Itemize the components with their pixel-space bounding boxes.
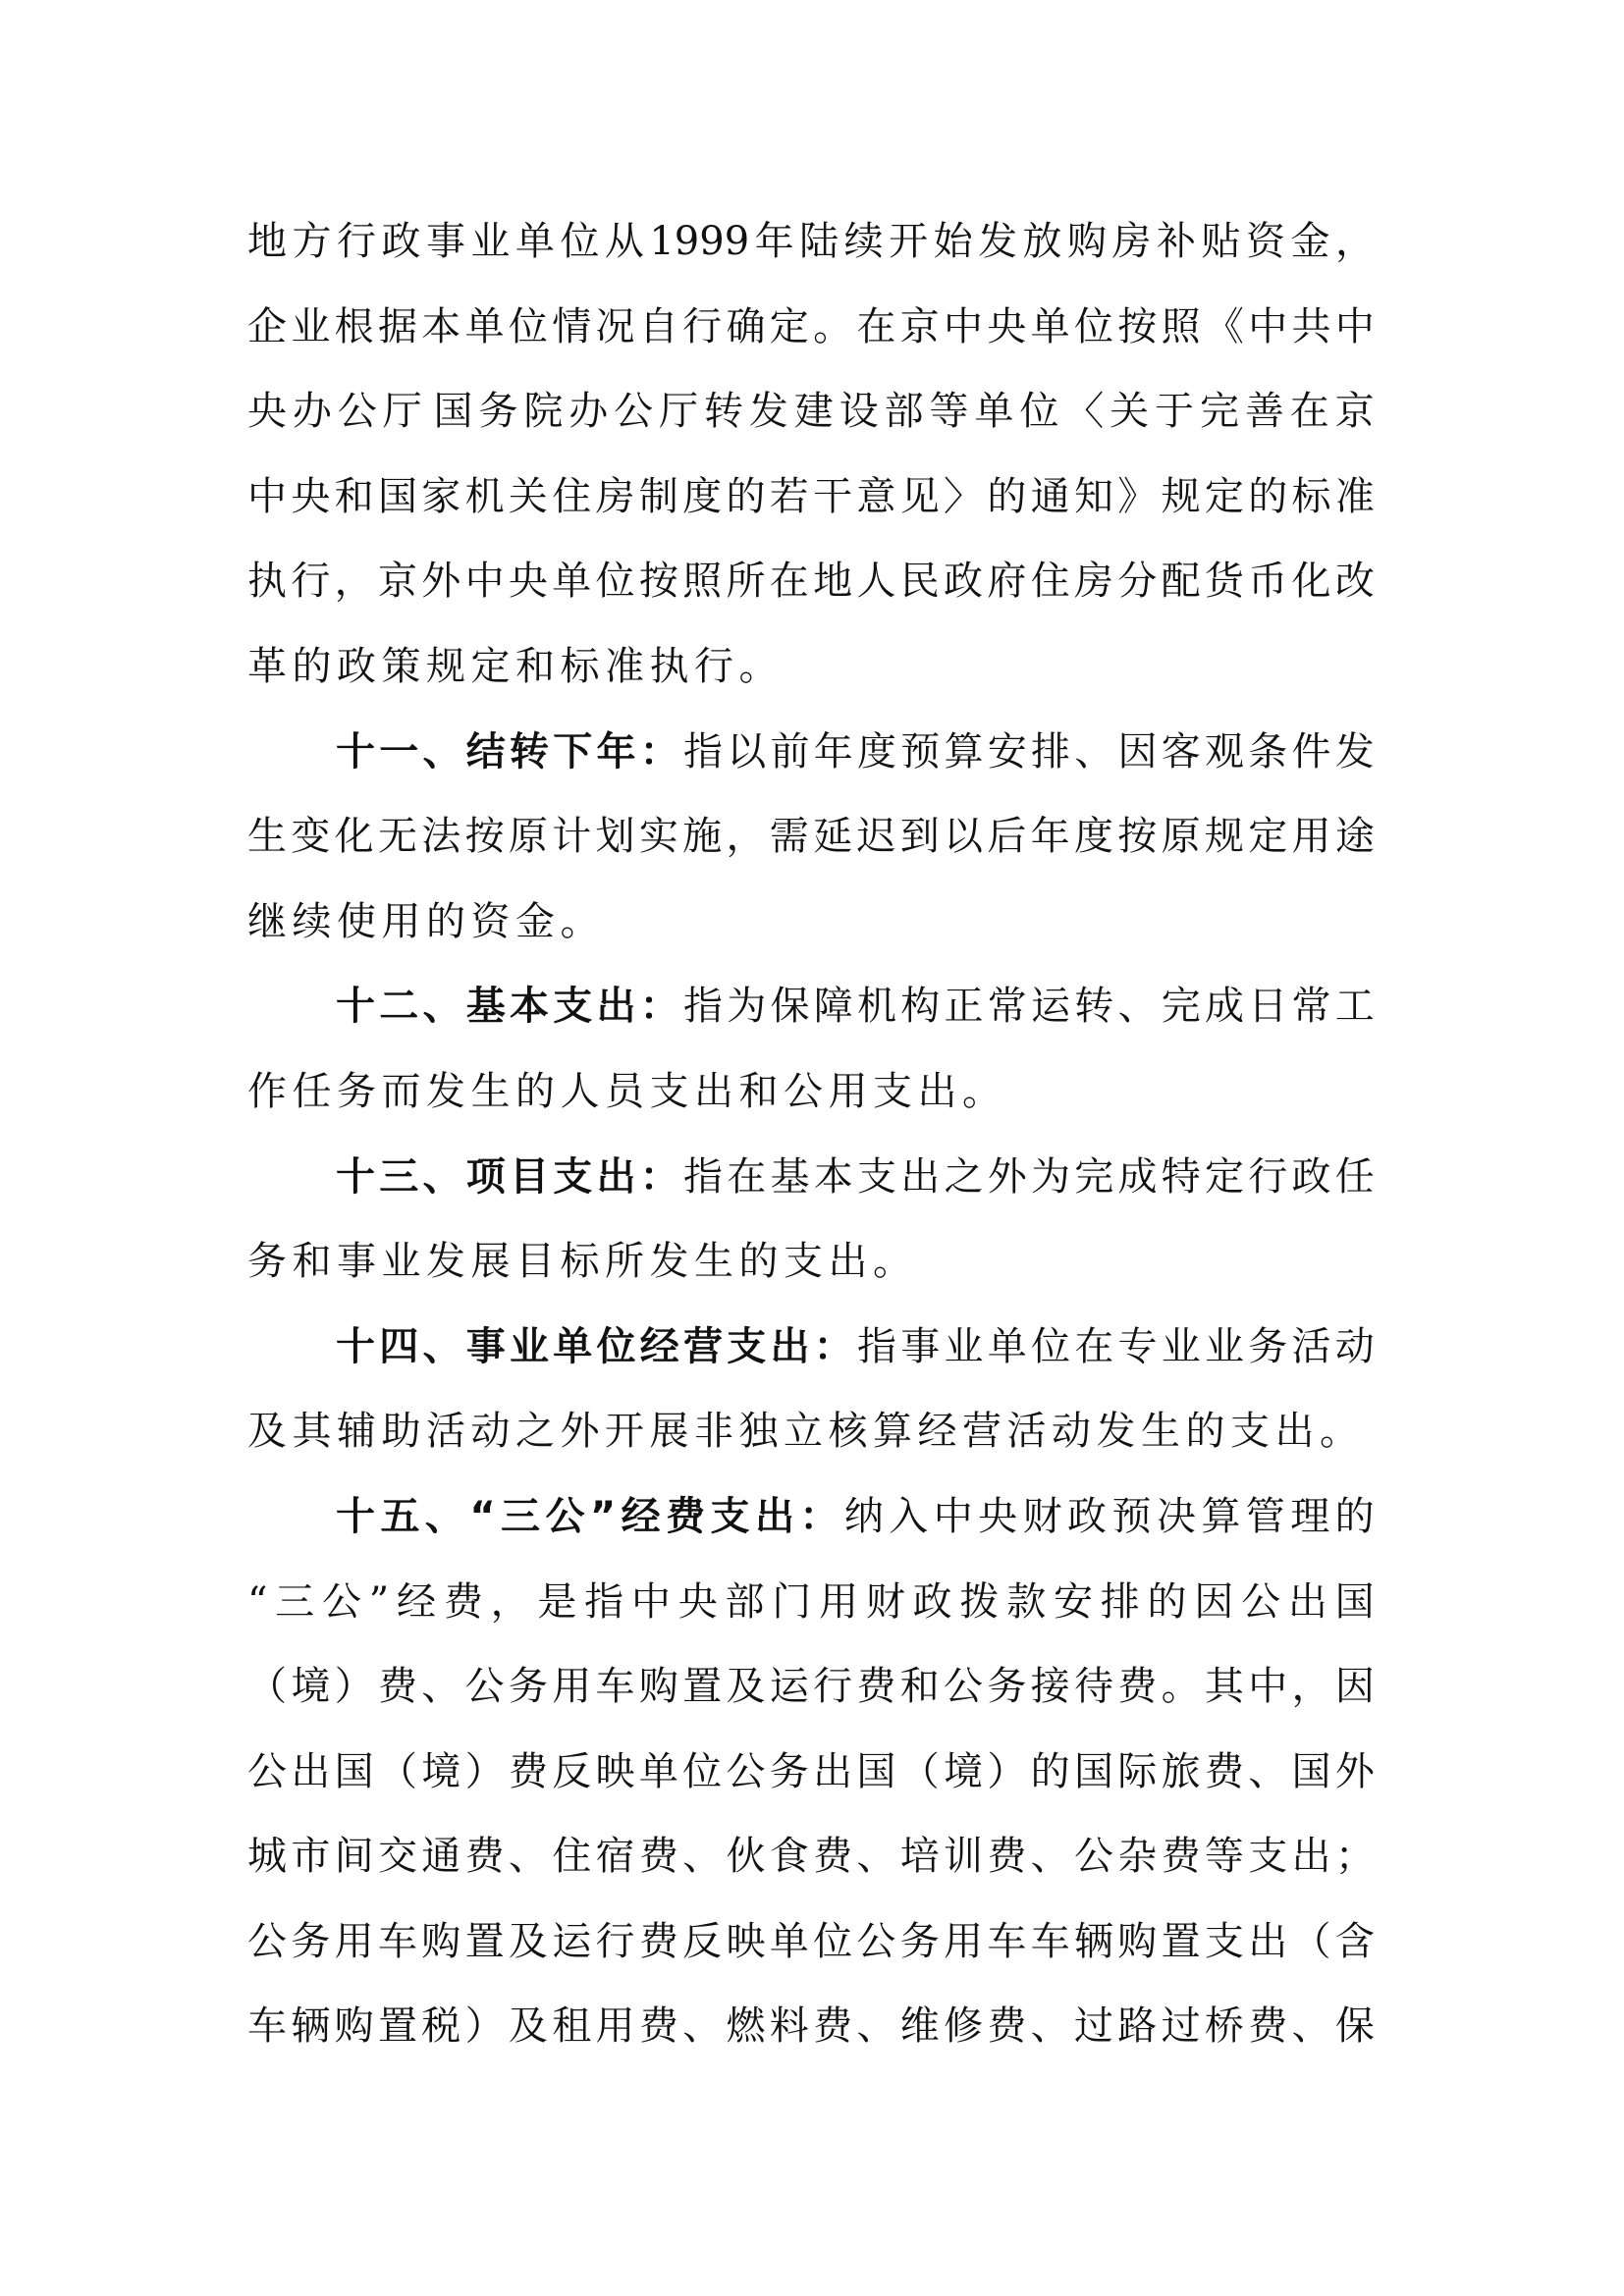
text-line: 革的政策规定和标准执行。 — [247, 644, 1375, 729]
body-char: 发 — [749, 389, 788, 474]
body-char: ） — [465, 1749, 505, 1835]
body-char: 出 — [829, 1239, 868, 1324]
body-char: 费 — [856, 1664, 895, 1749]
body-char: 变 — [291, 814, 330, 899]
body-char: 理 — [1290, 1494, 1329, 1579]
body-char: 运 — [552, 1919, 591, 2004]
body-char: 维 — [900, 2003, 940, 2089]
body-char: 用 — [382, 899, 421, 985]
body-char: 公 — [465, 1664, 505, 1749]
body-char: 置 — [1162, 1919, 1201, 2004]
body-char: 定 — [471, 644, 511, 729]
text-line: 十四、事业单位经营支出：指事业单位在专业业务活动 — [247, 1324, 1375, 1410]
body-char: 因 — [1335, 1664, 1375, 1749]
body-char: 费 — [1162, 1834, 1201, 1919]
body-char: 和 — [515, 644, 555, 729]
body-char: 方 — [292, 219, 331, 304]
body-char: 购 — [639, 1664, 678, 1749]
body-char: 杂 — [1117, 1834, 1157, 1919]
term-heading-char: 、 — [423, 1154, 462, 1240]
body-char: 政 — [381, 219, 420, 304]
body-char: 金 — [1290, 219, 1329, 304]
body-char: 房 — [1112, 219, 1152, 304]
body-char: 业 — [382, 1239, 421, 1324]
body-char: 单 — [974, 389, 1013, 474]
body-char: 规 — [1162, 474, 1201, 560]
body-char: 住 — [1031, 559, 1070, 644]
body-char: 支 — [857, 1154, 896, 1240]
body-char: 费 — [639, 1919, 678, 2004]
body-char: 境 — [291, 1664, 330, 1749]
paragraph-carryover: 十一、结转下年：指以前年度预算安排、因客观条件发生变化无法按原计划实施，需延迟到… — [247, 729, 1375, 985]
body-char: 位 — [1074, 304, 1113, 390]
body-char: 、 — [509, 1834, 548, 1919]
body-char: 和 — [739, 1069, 779, 1154]
body-char: 用 — [819, 1579, 858, 1665]
body-char: 置 — [378, 2003, 417, 2089]
body-char: 央 — [247, 389, 287, 474]
term-heading-char: 年 — [597, 729, 636, 815]
term-heading-char: 结 — [466, 729, 506, 815]
body-char: 国 — [1074, 1749, 1113, 1835]
body-char: 府 — [987, 559, 1026, 644]
term-heading-char: 一 — [379, 729, 418, 815]
body-char: 务 — [509, 1664, 548, 1749]
body-char: 辆 — [1074, 1919, 1113, 2004]
body-char: 央 — [978, 1494, 1017, 1579]
body-char: 城 — [247, 1834, 287, 1919]
term-heading-char: “ — [469, 1494, 495, 1579]
term-heading-char: 支 — [553, 984, 592, 1069]
body-char: 继 — [247, 899, 287, 985]
body-char: 的 — [426, 899, 465, 985]
body-char: 央 — [987, 304, 1026, 390]
text-line: 地方行政事业单位从1999年陆续开始发放购房补贴资金， — [247, 219, 1375, 304]
body-char: 实 — [639, 814, 678, 899]
body-char: 用 — [829, 1069, 868, 1154]
body-char: 为 — [1031, 1154, 1070, 1240]
body-char: 金 — [515, 899, 555, 985]
body-char: 支 — [1205, 1919, 1244, 2004]
body-char: 后 — [987, 814, 1026, 899]
body-char: 公 — [247, 1749, 287, 1835]
term-heading-char: ： — [814, 1324, 853, 1410]
body-char: 支 — [873, 1069, 912, 1154]
body-char: 公 — [784, 1069, 823, 1154]
body-char: 。 — [739, 644, 779, 729]
body-char: 单 — [515, 219, 555, 304]
body-char: 用 — [944, 1919, 983, 2004]
body-char: 中 — [944, 304, 983, 390]
body-char: 待 — [1074, 1664, 1113, 1749]
body-char: 运 — [1031, 984, 1070, 1069]
body-char: ） — [987, 1749, 1026, 1835]
body-char: 按 — [639, 559, 678, 644]
body-char: 之 — [945, 1154, 984, 1240]
body-char: 在 — [727, 1154, 766, 1240]
body-char: 单 — [988, 1324, 1027, 1410]
body-char: 发 — [426, 1069, 465, 1154]
body-char: 。 — [873, 1239, 912, 1324]
body-char: 所 — [726, 559, 765, 644]
body-char: 费 — [1117, 1664, 1157, 1749]
body-char: 境 — [421, 1749, 460, 1835]
body-char: 单 — [639, 1749, 678, 1835]
body-char: 单 — [770, 1919, 809, 2004]
body-char: 行 — [337, 219, 376, 304]
body-char: 动 — [471, 1409, 511, 1494]
body-char: 。 — [1320, 1409, 1359, 1494]
body-char: 执 — [650, 644, 689, 729]
body-char: 拨 — [959, 1579, 999, 1665]
body-char: 业 — [291, 304, 330, 390]
body-char: 住 — [552, 1834, 591, 1919]
body-char: 算 — [945, 729, 984, 815]
body-char: 行 — [694, 644, 733, 729]
body-char: 之 — [515, 1409, 555, 1494]
body-char: 因 — [1194, 1579, 1233, 1665]
body-char: 房 — [596, 474, 635, 560]
text-line: 公出国（境）费反映单位公务出国（境）的国际旅费、国外 — [247, 1749, 1375, 1835]
body-char: 活 — [1292, 1324, 1331, 1410]
body-char: 出 — [291, 1749, 330, 1835]
body-char: 若 — [770, 474, 809, 560]
body-char: 人 — [856, 559, 895, 644]
body-char: 宿 — [596, 1834, 635, 1919]
body-char: 单 — [552, 559, 591, 644]
paragraph-operating-expenditure: 十四、事业单位经营支出：指事业单位在专业业务活动及其辅助活动之外开展非独立核算经… — [247, 1324, 1375, 1494]
text-line: 生变化无法按原计划实施，需延迟到以后年度按原规定用途 — [247, 814, 1375, 899]
body-char: 生 — [247, 814, 287, 899]
body-char: 及 — [726, 1664, 765, 1749]
body-char: 央 — [509, 559, 548, 644]
term-heading-char: 公 — [545, 1494, 584, 1579]
term-heading-char: 目 — [510, 1154, 549, 1240]
term-heading-char: 本 — [510, 984, 549, 1069]
body-char: 和 — [335, 474, 374, 560]
body-char: 因 — [1118, 729, 1158, 815]
body-char: 基 — [771, 1154, 810, 1240]
body-char: 、 — [1292, 2003, 1331, 2089]
body-char: 企 — [247, 304, 287, 390]
term-heading-char: 经 — [622, 1494, 661, 1579]
body-char: 策 — [382, 644, 421, 729]
body-char: 。 — [962, 1069, 1001, 1154]
body-char: 意 — [856, 474, 895, 560]
text-line: 城市间交通费、住宿费、伙食费、培训费、公杂费等支出； — [247, 1834, 1375, 1919]
body-char: 助 — [382, 1409, 421, 1494]
text-line: 十五、“三公”经费支出：纳入中央财政预决算管理的 — [247, 1494, 1375, 1579]
document-page: 地方行政事业单位从1999年陆续开始发放购房补贴资金，企业根据本单位情况自行确定… — [0, 0, 1624, 2296]
body-char: 接 — [1031, 1664, 1070, 1749]
term-heading-char: 出 — [771, 1324, 810, 1410]
body-char: 而 — [382, 1069, 421, 1154]
body-char: 化 — [335, 814, 374, 899]
body-char: 成 — [1205, 984, 1244, 1069]
body-char: 根 — [335, 304, 374, 390]
body-char: 及 — [509, 2003, 548, 2089]
text-line: 执行，京外中央单位按照所在地人民政府住房分配货币化改 — [247, 559, 1375, 644]
body-char: ， — [726, 814, 765, 899]
body-char: 市 — [291, 1834, 330, 1919]
body-char: 购 — [335, 2003, 374, 2089]
body-char: 境 — [944, 1749, 983, 1835]
body-char: 行 — [291, 559, 330, 644]
body-char: 立 — [784, 1409, 823, 1494]
body-char: 费 — [987, 1834, 1026, 1919]
body-char: 购 — [421, 1919, 460, 2004]
body-char: 通 — [1031, 474, 1070, 560]
body-char: 为 — [727, 984, 766, 1069]
body-char: 单 — [1031, 304, 1070, 390]
term-heading-char: 支 — [711, 1494, 750, 1579]
body-char: 件 — [1292, 729, 1331, 815]
body-char: 迟 — [856, 814, 895, 899]
body-char: 执 — [247, 559, 287, 644]
term-heading-char: 、 — [423, 1324, 462, 1410]
body-char: 按 — [1117, 304, 1157, 390]
body-char: ； — [1335, 1834, 1375, 1919]
body-char: 见 — [900, 474, 940, 560]
body-char: 指 — [584, 1579, 623, 1665]
body-char: 指 — [683, 1154, 723, 1240]
body-char: 预 — [1111, 1494, 1151, 1579]
body-char: 分 — [1117, 559, 1157, 644]
body-char: 国 — [378, 474, 417, 560]
body-char: 车 — [247, 2003, 287, 2089]
body-char: 计 — [552, 814, 591, 899]
body-char: 标 — [561, 1239, 600, 1324]
body-char: 干 — [813, 474, 852, 560]
body-char: 常 — [1292, 984, 1331, 1069]
term-heading-char: 支 — [553, 1154, 592, 1240]
term-heading-char: 支 — [727, 1324, 766, 1410]
body-char: ， — [335, 559, 374, 644]
body-char: 出 — [813, 1749, 852, 1835]
body-char: 置 — [465, 1919, 505, 2004]
body-char: 保 — [771, 984, 810, 1069]
body-char: 京 — [900, 304, 940, 390]
body-char: 院 — [523, 389, 563, 474]
body-char: 度 — [682, 474, 722, 560]
paragraph-housing-subsidy-continued: 地方行政事业单位从1999年陆续开始发放购房补贴资金，企业根据本单位情况自行确定… — [247, 219, 1375, 729]
body-char: 货 — [1205, 559, 1244, 644]
body-char: 出 — [1292, 1834, 1331, 1919]
term-heading-char: 下 — [553, 729, 592, 815]
term-heading-char: 五 — [380, 1494, 419, 1579]
text-line: 作任务而发生的人员支出和公用支出。 — [247, 1069, 1375, 1154]
body-char: 行 — [813, 1664, 852, 1749]
body-char: 化 — [1292, 559, 1331, 644]
body-char: 外 — [988, 1154, 1027, 1240]
body-char: 人 — [561, 1069, 600, 1154]
body-char: 、 — [1031, 1834, 1070, 1919]
body-char: 的 — [1031, 1749, 1070, 1835]
body-char: 日 — [1248, 984, 1287, 1069]
term-heading-char: 出 — [755, 1494, 794, 1579]
term-heading-char: ： — [640, 1154, 679, 1240]
body-char: 任 — [1335, 1154, 1375, 1240]
body-char: 〈 — [1064, 389, 1104, 474]
body-char: 辅 — [337, 1409, 376, 1494]
body-char: 》 — [1117, 474, 1157, 560]
body-char: 费 — [1248, 2003, 1287, 2089]
body-char: 、 — [682, 2003, 722, 2089]
body-char: 含 — [1335, 1919, 1375, 2004]
body-char: 外 — [421, 559, 460, 644]
body-char: 是 — [537, 1579, 576, 1665]
body-char: 务 — [478, 389, 517, 474]
body-char: 使 — [337, 899, 376, 985]
body-char: 算 — [1201, 1494, 1240, 1579]
body-char: 机 — [857, 984, 896, 1069]
body-char: 障 — [814, 984, 853, 1069]
body-char: 费 — [813, 1834, 852, 1919]
body-char: 三 — [275, 1579, 314, 1665]
body-char: 事 — [426, 219, 465, 304]
body-char: ） — [335, 1664, 374, 1749]
body-char: 映 — [726, 1919, 765, 2004]
body-char: 完 — [1074, 1154, 1113, 1240]
body-char: 及 — [247, 1409, 287, 1494]
body-char: 车 — [1031, 1919, 1070, 2004]
term-heading-char: 、 — [423, 984, 462, 1069]
body-char: 安 — [988, 729, 1027, 815]
body-char: 政 — [1067, 1494, 1107, 1579]
term-heading-char: 经 — [640, 1324, 679, 1410]
body-char: 在 — [1290, 389, 1329, 474]
body-char: 业 — [1205, 1324, 1244, 1410]
body-char: 非 — [694, 1409, 733, 1494]
body-char: 善 — [1245, 389, 1284, 474]
body-char: 年 — [814, 729, 853, 815]
term-heading-char: 十 — [336, 1154, 375, 1240]
body-char: 办 — [568, 389, 608, 474]
body-char: 任 — [293, 1069, 332, 1154]
body-char: 指 — [683, 984, 723, 1069]
body-char: 在 — [770, 559, 809, 644]
body-char: 事 — [337, 1239, 376, 1324]
term-heading-char: 十 — [336, 984, 375, 1069]
body-char: 补 — [1157, 219, 1196, 304]
body-char: 映 — [596, 1749, 635, 1835]
body-char: 位 — [596, 559, 635, 644]
body-char: 情 — [552, 304, 591, 390]
body-char: 中 — [934, 1494, 973, 1579]
body-char: 出 — [900, 1154, 940, 1240]
body-char: 国 — [434, 389, 473, 474]
body-char: 务 — [1248, 1324, 1287, 1410]
body-char: 政 — [913, 1579, 952, 1665]
body-char: 京 — [378, 559, 417, 644]
term-heading-char: 转 — [510, 729, 549, 815]
body-char: 生 — [694, 1239, 733, 1324]
body-char: 排 — [1031, 729, 1070, 815]
body-char: 资 — [471, 899, 511, 985]
body-char: 位 — [682, 1749, 722, 1835]
text-line: “三公”经费，是指中央部门用财政拨款安排的因公出国 — [247, 1579, 1375, 1665]
term-heading-char: 二 — [379, 984, 418, 1069]
body-char: 民 — [900, 559, 940, 644]
paragraph-basic-expenditure: 十二、基本支出：指为保障机构正常运转、完成日常工作任务而发生的人员支出和公用支出… — [247, 984, 1375, 1153]
term-heading-char: 、 — [425, 1494, 464, 1579]
body-char: 。 — [561, 899, 600, 985]
body-char: 客 — [1162, 729, 1201, 815]
body-char: 业 — [945, 1324, 984, 1410]
body-char: 排 — [1101, 1579, 1140, 1665]
body-char: 业 — [1162, 1324, 1201, 1410]
body-char: 的 — [1248, 474, 1287, 560]
body-char: 购 — [1117, 1919, 1157, 2004]
body-char: 辆 — [291, 2003, 330, 2089]
term-heading-char: 位 — [597, 1324, 636, 1410]
body-char: 的 — [515, 1069, 555, 1154]
body-char: 定 — [1248, 814, 1287, 899]
body-char: 度 — [857, 729, 896, 815]
body-char: 、 — [856, 2003, 895, 2089]
body-char: 生 — [1141, 1409, 1180, 1494]
body-char: 到 — [900, 814, 940, 899]
term-heading-char: 基 — [466, 984, 506, 1069]
body-char: 公 — [856, 1919, 895, 2004]
body-char: 规 — [1205, 814, 1244, 899]
body-char: 际 — [1117, 1749, 1157, 1835]
body-char: 出 — [1248, 1919, 1287, 2004]
body-char: 等 — [1205, 1834, 1244, 1919]
body-char: 延 — [813, 814, 852, 899]
body-char: 支 — [784, 1239, 823, 1324]
body-char: 划 — [596, 814, 635, 899]
body-char: 生 — [471, 1069, 511, 1154]
body-char: 展 — [471, 1239, 511, 1324]
body-char: 购 — [1067, 219, 1107, 304]
body-char: 修 — [944, 2003, 983, 2089]
body-char: 中 — [1335, 304, 1375, 390]
body-char: ， — [1335, 219, 1375, 304]
text-line: 十二、基本支出：指为保障机构正常运转、完成日常工 — [247, 984, 1375, 1069]
body-char: 过 — [1162, 2003, 1201, 2089]
body-char: 费 — [639, 1834, 678, 1919]
body-char: 外 — [1335, 1749, 1375, 1835]
body-char: 年 — [755, 219, 794, 304]
body-char: 开 — [889, 219, 928, 304]
body-char: 中 — [631, 1579, 671, 1665]
body-char: 和 — [900, 1664, 940, 1749]
body-char: 费 — [509, 1749, 548, 1835]
body-char: 运 — [770, 1664, 809, 1749]
body-char: 业 — [470, 219, 510, 304]
body-char: 度 — [1074, 814, 1113, 899]
body-char: 训 — [944, 1834, 983, 1919]
body-char: 过 — [1074, 2003, 1113, 2089]
body-char: 续 — [844, 219, 884, 304]
body-char: ” — [369, 1579, 389, 1665]
text-line: 中央和国家机关住房制度的若干意见〉的通知》规定的标准 — [247, 474, 1375, 560]
body-char: 资 — [1246, 219, 1285, 304]
body-char: 公 — [944, 1664, 983, 1749]
body-char: 料 — [770, 2003, 809, 2089]
term-heading-char: 费 — [666, 1494, 705, 1579]
body-char: 以 — [727, 729, 766, 815]
body-char: 在 — [856, 304, 895, 390]
body-char: 正 — [945, 984, 984, 1069]
body-char: 支 — [650, 1069, 689, 1154]
body-char: 〉 — [944, 474, 983, 560]
body-char: 中 — [465, 559, 505, 644]
body-char: 的 — [1335, 1494, 1375, 1579]
body-char: 、 — [1074, 729, 1113, 815]
body-char: 出 — [694, 1069, 733, 1154]
